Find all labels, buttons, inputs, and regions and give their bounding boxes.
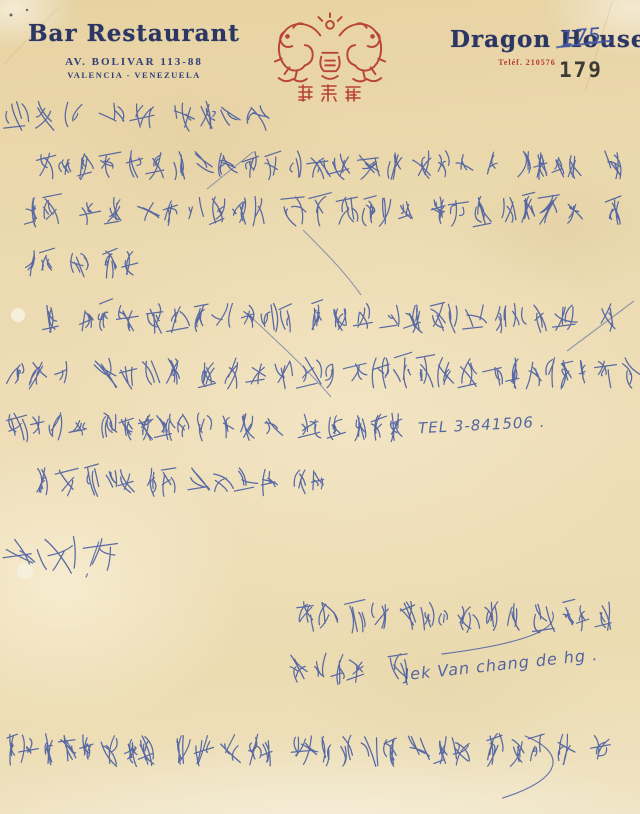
letterhead-left: Bar Restaurant AV. BOLIVAR 113-88 VALENC… (28, 20, 240, 80)
handwritten-latin-signature: Jek Van chang de hg . (404, 645, 599, 684)
handwriting-body1-line3 (24, 246, 142, 284)
handwritten-telephone: TEL 3-841506 . (418, 413, 546, 438)
handwriting-signature-line1 (296, 596, 608, 640)
scanned-letter-page: Bar Restaurant AV. BOLIVAR 113-88 VALENC… (0, 0, 640, 814)
handwriting-body1-line1 (36, 146, 614, 186)
letterhead-emblem (272, 12, 388, 102)
handwriting-body1-line2 (26, 190, 614, 234)
ink-speck (10, 14, 13, 17)
seal-caption-glyphs (297, 84, 363, 102)
handwriting-body2-line2 (4, 352, 632, 396)
handwriting-body2-line1 (44, 298, 616, 340)
punch-hole (11, 308, 25, 322)
handwriting-greeting (4, 530, 112, 582)
handwriting-closing (36, 463, 328, 503)
handwriting-body2-line3 (6, 408, 408, 448)
ink-speck (26, 9, 28, 11)
page-number-stamped: 179 (559, 58, 603, 82)
handwriting-signature-line2 (288, 648, 410, 692)
handwriting-postscript (6, 728, 608, 774)
restaurant-name-left: Bar Restaurant (28, 20, 240, 47)
address-line-1: AV. BOLIVAR 113-88 (28, 56, 240, 68)
handwriting-salutation (5, 96, 265, 138)
address-line-2: VALENCIA - VENEZUELA (28, 70, 240, 80)
dragon-seal-icon (272, 12, 388, 84)
